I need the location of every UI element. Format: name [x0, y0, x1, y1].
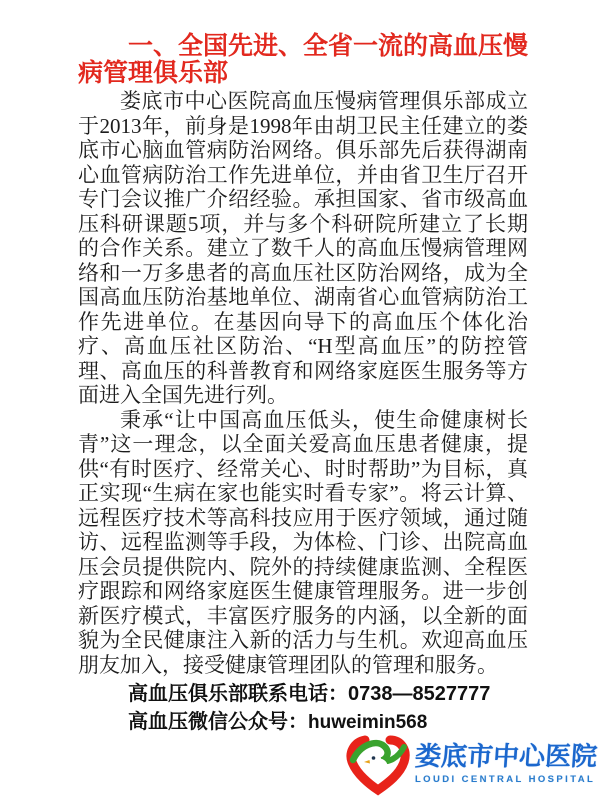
hospital-logo: 娄底市中心医院 LOUDI CENTRAL HOSPITAL: [346, 729, 597, 797]
contact-wechat-label: 高血压微信公众号：: [128, 711, 308, 733]
document-title: 一、全国先进、全省一流的高血压慢病管理俱乐部: [78, 33, 528, 87]
hospital-name-zh: 娄底市中心医院: [414, 742, 598, 772]
document-content: 一、全国先进、全省一流的高血压慢病管理俱乐部 娄底市中心医院高血压慢病管理俱乐部…: [78, 33, 528, 737]
contact-phone-line: 高血压俱乐部联系电话：0738—8527777: [128, 680, 528, 708]
hospital-logo-text: 娄底市中心医院 LOUDI CENTRAL HOSPITAL: [415, 742, 597, 785]
paragraph-club-services: 秉承“让中国高血压低头，使生命健康树长青”这一理念，以全面关爱高血压患者健康，提…: [78, 408, 528, 678]
contact-phone-number: 0738—8527777: [348, 683, 490, 705]
hospital-name-en: LOUDI CENTRAL HOSPITAL: [415, 774, 597, 785]
paragraph-club-history: 娄底市中心医院高血压慢病管理俱乐部成立于2013年，前身是1998年由胡卫民主任…: [78, 89, 528, 408]
document-page: 一、全国先进、全省一流的高血压慢病管理俱乐部 娄底市中心医院高血压慢病管理俱乐部…: [0, 0, 600, 800]
hospital-emblem-icon: [346, 729, 410, 797]
contact-phone-label: 高血压俱乐部联系电话：: [128, 683, 348, 705]
